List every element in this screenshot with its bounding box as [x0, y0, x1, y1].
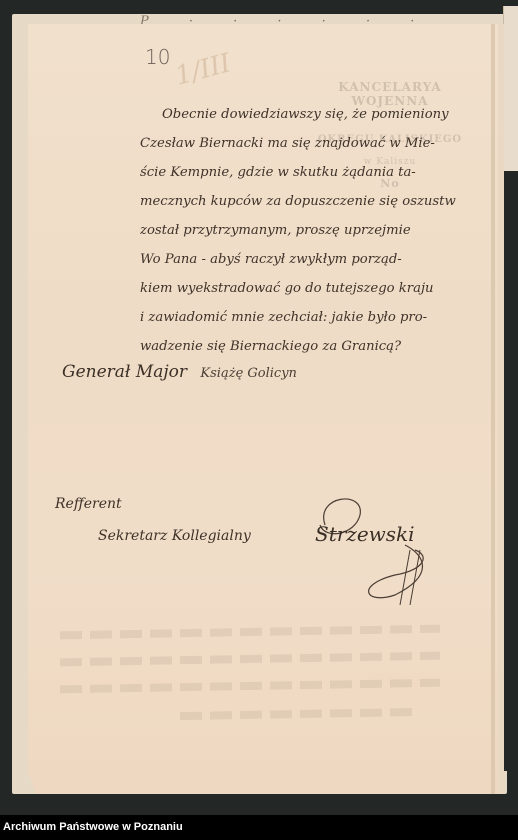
body-line: Obecnie dowiedziawszy się, że pomieniony [140, 100, 510, 129]
signature-flourish-icon [305, 495, 465, 605]
top-strip-text: P · · · · · · · · [140, 14, 430, 24]
folio-number: 10 [145, 45, 170, 69]
body-line: wadzenie się Biernackiego za Granicą? [140, 332, 510, 361]
secretary-label: Sekretarz Kollegialny [98, 528, 251, 544]
referent-label: Refferent [55, 496, 122, 512]
general-title: Generał Major [62, 362, 187, 382]
body-line: i zawiadomić mnie zechciał: jakie było p… [140, 303, 510, 332]
body-line: Czesław Biernacki ma się znajdować w Mie… [140, 129, 510, 158]
secretary-signature: Strzewski [315, 522, 415, 546]
body-line: mecznych kupców za dopuszczenie się oszu… [140, 187, 510, 216]
body-line: kiem wyekstradować go do tutejszego kraj… [140, 274, 510, 303]
general-name: Książę Golicyn [200, 366, 297, 381]
body-line: został przytrzymanym, proszę uprzejmie [140, 216, 510, 245]
general-signature: Generał Major Książę Golicyn [62, 362, 297, 382]
footer-bar: Archiwum Państwowe w Poznaniu [0, 815, 518, 840]
body-line: ście Kempnie, gdzie w skutku żądania ta- [140, 158, 510, 187]
body-line: Wo Pana - abyś raczył zwykłym porząd- [140, 245, 510, 274]
archive-name: Archiwum Państwowe w Poznaniu [3, 821, 183, 833]
letter-body: Obecnie dowiedziawszy się, że pomieniony… [140, 100, 510, 361]
